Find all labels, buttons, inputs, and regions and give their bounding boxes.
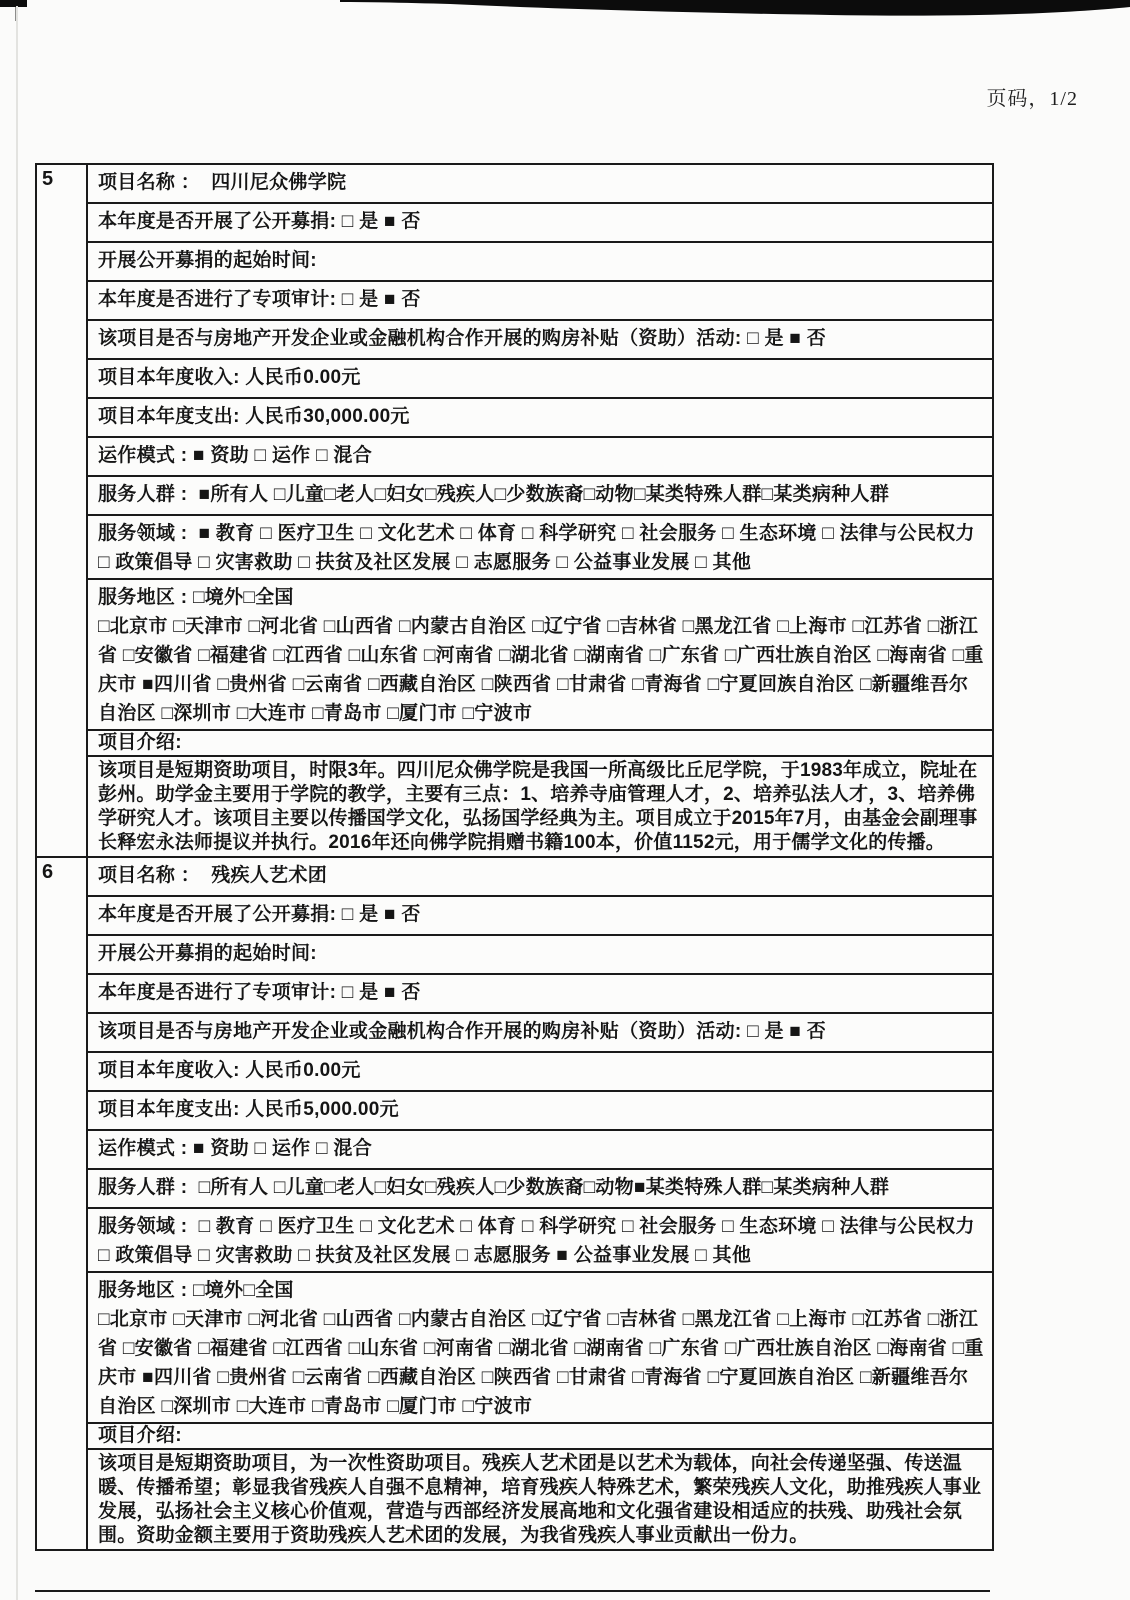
table-row: 该项目是短期资助项目，时限3年。四川尼众佛学院是我国一所高级比丘尼学院，于198…	[88, 757, 992, 856]
table-row: 项目本年度支出: 人民币30,000.00元	[88, 399, 992, 438]
page-number: 页码，1/2	[986, 82, 1078, 111]
table-row: 项目本年度收入: 人民币0.00元	[88, 1053, 992, 1092]
section-number: 6	[37, 858, 88, 1549]
table-row: 开展公开募捐的起始时间:	[88, 936, 992, 975]
table-row: 本年度是否进行了专项审计: □ 是 ■ 否	[88, 282, 992, 321]
table-row: 运作模式 : ■ 资助 □ 运作 □ 混合	[88, 438, 992, 477]
table-section: 5项目名称 ： 四川尼众佛学院本年度是否开展了公开募捐: □ 是 ■ 否开展公开…	[37, 165, 992, 858]
table-row: 项目介绍:	[88, 1424, 992, 1450]
table-row: 开展公开募捐的起始时间:	[88, 243, 992, 282]
table-row: 项目本年度收入: 人民币0.00元	[88, 360, 992, 399]
scanned-document-page: 页码，1/2 5项目名称 ： 四川尼众佛学院本年度是否开展了公开募捐: □ 是 …	[0, 0, 1130, 1600]
table-bottom-border	[35, 1590, 990, 1600]
table-row: 项目介绍:	[88, 731, 992, 757]
table-row: 服务人群 : ■所有人 □儿童□老人□妇女□残疾人□少数族裔□动物□某类特殊人群…	[88, 477, 992, 516]
table-row: 服务地区 : □境外□全国 □北京市 □天津市 □河北省 □山西省 □内蒙古自治…	[88, 580, 992, 731]
scan-artifact-top	[0, 0, 1130, 30]
report-table: 5项目名称 ： 四川尼众佛学院本年度是否开展了公开募捐: □ 是 ■ 否开展公开…	[35, 163, 994, 1551]
table-row: 该项目是否与房地产开发企业或金融机构合作开展的购房补贴（资助）活动: □ 是 ■…	[88, 321, 992, 360]
section-number: 5	[37, 165, 88, 856]
table-row: 该项目是短期资助项目，为一次性资助项目。残疾人艺术团是以艺术为载体，向社会传递坚…	[88, 1450, 992, 1549]
table-row: 服务领域 : ■ 教育 □ 医疗卫生 □ 文化艺术 □ 体育 □ 科学研究 □ …	[88, 516, 992, 580]
table-row: 项目名称 ： 残疾人艺术团	[88, 858, 992, 897]
table-row: 项目名称 ： 四川尼众佛学院	[88, 165, 992, 204]
scan-page-edge	[16, 6, 18, 1600]
table-row: 该项目是否与房地产开发企业或金融机构合作开展的购房补贴（资助）活动: □ 是 ■…	[88, 1014, 992, 1053]
table-row: 服务人群 : □所有人 □儿童□老人□妇女□残疾人□少数族裔□动物■某类特殊人群…	[88, 1170, 992, 1209]
table-section: 6项目名称 ： 残疾人艺术团本年度是否开展了公开募捐: □ 是 ■ 否开展公开募…	[37, 858, 992, 1551]
table-row: 项目本年度支出: 人民币5,000.00元	[88, 1092, 992, 1131]
table-row: 服务领域 : □ 教育 □ 医疗卫生 □ 文化艺术 □ 体育 □ 科学研究 □ …	[88, 1209, 992, 1273]
table-row: 本年度是否进行了专项审计: □ 是 ■ 否	[88, 975, 992, 1014]
table-row: 本年度是否开展了公开募捐: □ 是 ■ 否	[88, 204, 992, 243]
table-row: 运作模式 : ■ 资助 □ 运作 □ 混合	[88, 1131, 992, 1170]
table-row: 本年度是否开展了公开募捐: □ 是 ■ 否	[88, 897, 992, 936]
table-row: 服务地区 : □境外□全国 □北京市 □天津市 □河北省 □山西省 □内蒙古自治…	[88, 1273, 992, 1424]
